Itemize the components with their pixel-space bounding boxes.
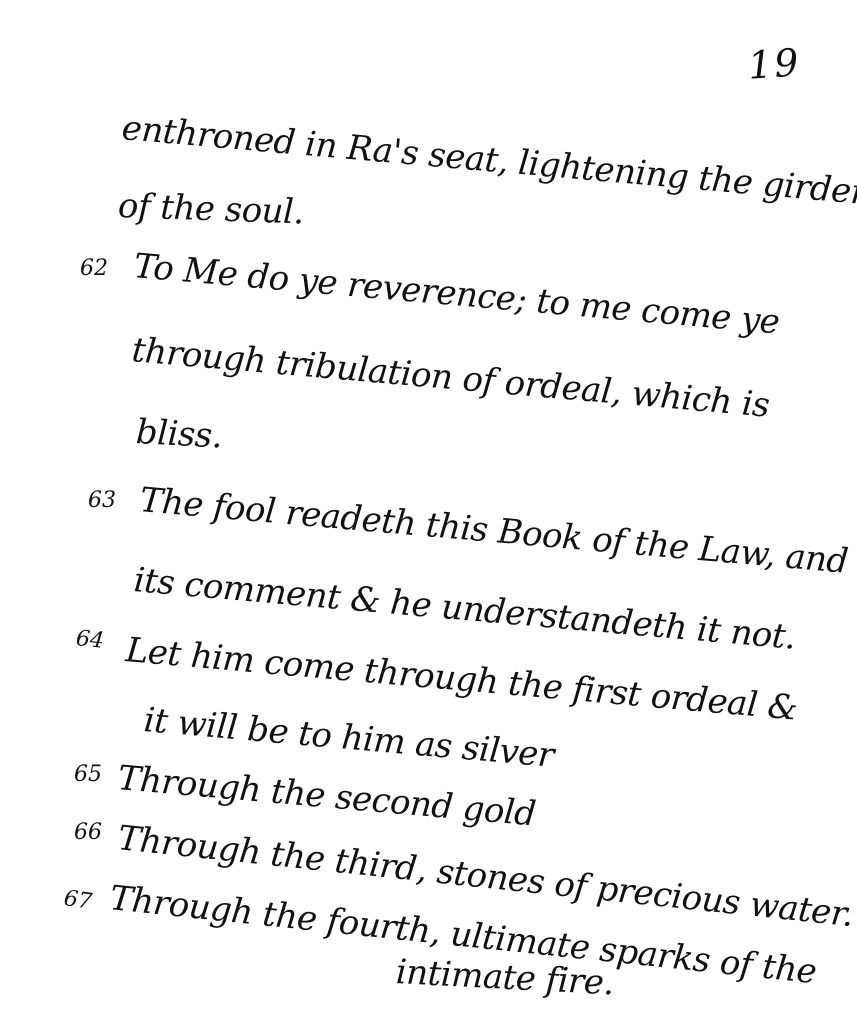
verse-number: 67 <box>62 886 93 915</box>
manuscript-line: of the soul. <box>117 186 304 232</box>
page-number: 19 <box>747 40 802 88</box>
verse-number: 65 <box>74 762 102 787</box>
manuscript-line: it will be to him as silver <box>142 700 555 776</box>
verse-number: 64 <box>75 626 105 654</box>
manuscript-line: bliss. <box>135 412 223 456</box>
manuscript-line: through tribulation of ordeal, which is <box>130 330 771 426</box>
verse-number: 66 <box>74 820 102 845</box>
manuscript-page: 19 enthroned in Ra's seat, lightening th… <box>0 0 857 1024</box>
manuscript-line: Through the second gold <box>116 758 537 834</box>
manuscript-line: To Me do ye reverence; to me come ye <box>132 246 781 342</box>
verse-number: 63 <box>88 488 116 513</box>
manuscript-line: The fool readeth this Book of the Law, a… <box>138 480 849 582</box>
verse-number: 62 <box>80 256 108 281</box>
